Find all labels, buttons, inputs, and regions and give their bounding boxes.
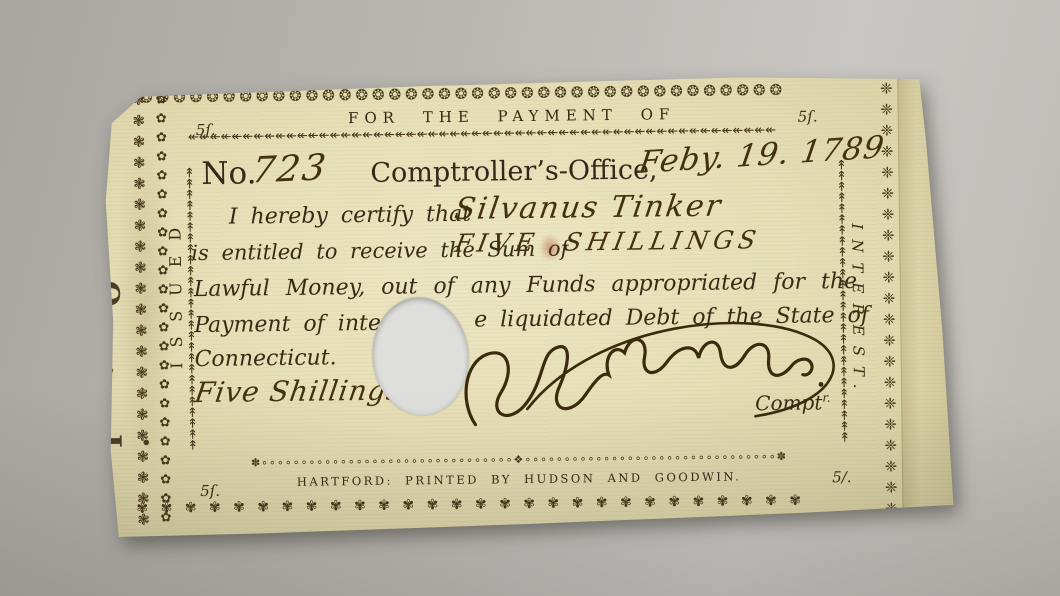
ink-smudge [539,234,561,262]
dotted-divider: ✽∘∘∘∘∘∘∘∘∘∘∘∘∘∘∘∘∘∘∘∘∘∘∘∘∘∘∘∘∘∘∘∘❖∘∘∘∘∘∘… [202,449,836,470]
certificate-paper: I · O · ❃❃❃❃❃❃❃❃❃❃❃❃❃❃❃❃❃❃❃❃❃❃❃❃ ✿✿✿✿✿✿✿… [101,71,955,539]
amount-script-caps: FIVE SHILLINGS [453,225,764,258]
interest-vertical-label: INTEREST. [848,181,869,441]
office-title: Comptroller’s-Office, [370,154,658,189]
signer-title-base: Compt [755,390,822,415]
divider-end-star-left: ✽ [251,456,261,469]
signer-title: Comptr. [755,390,831,415]
signer-title-superscript: r. [822,391,830,405]
scroll-border-bottom: ✾ ✾ ✾ ✾ ✾ ✾ ✾ ✾ ✾ ✾ ✾ ✾ ✾ ✾ ✾ ✾ ✾ ✾ ✾ ✾ … [136,492,876,521]
body-line-lawful-money: Lawful Money, out of any Funds appropria… [194,269,858,302]
chain-border-right: ❈❈❈❈❈❈❈❈❈❈❈❈❈❈❈❈❈❈❈❈❈❈❈❈ [869,79,900,523]
fern-border-left: ↞↞↞↞↞↞↞↞↞↞↞↞↞↞↞↞↞↞↞↞↞↞↞↞↞↞ [180,134,200,484]
payee-name: Silvanus Tinker [452,189,724,227]
divider-dots-right: ∘∘∘∘∘∘∘∘∘∘∘∘∘∘∘∘∘∘∘∘∘∘∘∘∘∘∘∘∘∘∘∘ [524,450,776,466]
body-line-connecticut: Connecticut. [194,345,336,372]
denomination-mark-bottom-right: 5/. [832,468,852,486]
denomination-mark-bottom-left: 5ſ. [200,482,220,500]
divider-dots-left: ∘∘∘∘∘∘∘∘∘∘∘∘∘∘∘∘∘∘∘∘∘∘∘∘∘∘∘∘∘∘∘∘ [261,453,513,469]
amount-written-words: Five Shillings [193,374,405,410]
photo-backdrop: I · O · ❃❃❃❃❃❃❃❃❃❃❃❃❃❃❃❃❃❃❃❃❃❃❃❃ ✿✿✿✿✿✿✿… [0,0,1060,596]
printer-imprint: HARTFORD: PRINTED BY HUDSON AND GOODWIN. [202,468,836,490]
certify-line: I hereby certify that [229,202,471,230]
body-line-payment-left: Payment of inte [194,311,381,338]
serial-number-label: No. [201,155,257,192]
divider-center-diamond: ❖ [513,453,524,466]
right-blank-margin [897,71,956,530]
divider-end-star-right: ✽ [777,450,787,463]
comptroller-signature [456,310,857,435]
certificate-shadow: I · O · ❃❃❃❃❃❃❃❃❃❃❃❃❃❃❃❃❃❃❃❃❃❃❃❃ ✿✿✿✿✿✿✿… [0,0,1060,596]
serial-number-value: 723 [249,147,329,192]
